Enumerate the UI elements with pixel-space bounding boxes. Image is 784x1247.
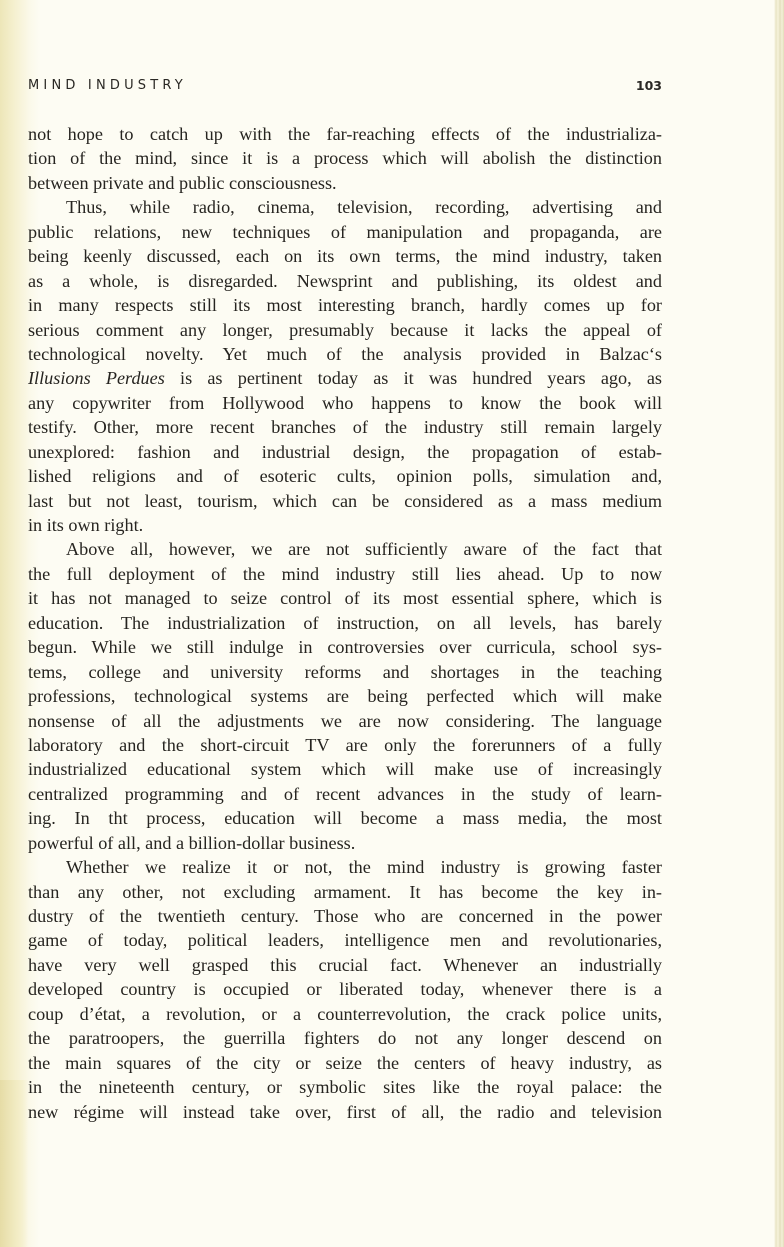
- text-line: lished religions and of esoteric cults, …: [28, 464, 662, 488]
- text-line: any copywriter from Hollywood who happen…: [28, 391, 662, 415]
- text-line: in the nineteenth century, or symbolic s…: [28, 1075, 662, 1099]
- running-head: MIND INDUSTRY: [28, 78, 187, 93]
- text-line: public relations, new techniques of mani…: [28, 220, 662, 244]
- text-line: in its own right.: [28, 513, 662, 537]
- text-line: education. The industrialization of inst…: [28, 611, 662, 635]
- text-line: nonsense of all the adjustments we are n…: [28, 709, 662, 733]
- text-line: coup d’état, a revolution, or a counterr…: [28, 1002, 662, 1026]
- page-edge: [774, 0, 784, 1247]
- page-number: 103: [636, 78, 662, 93]
- text-line: technological novelty. Yet much of the a…: [28, 342, 662, 366]
- text-line: industrialized educational system which …: [28, 757, 662, 781]
- paragraph: Above all, however, we are not sufficien…: [28, 537, 662, 855]
- text-line: serious comment any longer, presumably b…: [28, 318, 662, 342]
- text-line: dustry of the twentieth century. Those w…: [28, 904, 662, 928]
- text-line: Whether we realize it or not, the mind i…: [28, 855, 662, 879]
- body-text: not hope to catch up with the far-reachi…: [28, 122, 662, 1124]
- text-line: powerful of all, and a billion-dollar bu…: [28, 831, 662, 855]
- text-line: ing. In tht process, education will beco…: [28, 806, 662, 830]
- text-line: have very well grasped this crucial fact…: [28, 953, 662, 977]
- text-line: tion of the mind, since it is a process …: [28, 146, 662, 170]
- text-line: the main squares of the city or seize th…: [28, 1051, 662, 1075]
- text-line: developed country is occupied or liberat…: [28, 977, 662, 1001]
- text-line: centralized programming and of recent ad…: [28, 782, 662, 806]
- text-line: begun. While we still indulge in controv…: [28, 635, 662, 659]
- text-line: new régime will instead take over, first…: [28, 1100, 662, 1124]
- text-line: not hope to catch up with the far-reachi…: [28, 122, 662, 146]
- page-header: MIND INDUSTRY 103: [28, 78, 662, 98]
- text-line: the full deployment of the mind industry…: [28, 562, 662, 586]
- page-gutter-shadow-lower: [0, 1080, 28, 1247]
- paragraph: Whether we realize it or not, the mind i…: [28, 855, 662, 1124]
- text-line: it has not managed to seize control of i…: [28, 586, 662, 610]
- text-line: than any other, not excluding armament. …: [28, 880, 662, 904]
- text-line: professions, technological systems are b…: [28, 684, 662, 708]
- text-line: laboratory and the short-circuit TV are …: [28, 733, 662, 757]
- text-line: between private and public consciousness…: [28, 171, 662, 195]
- text-line: Thus, while radio, cinema, television, r…: [28, 195, 662, 219]
- text-line: game of today, political leaders, intell…: [28, 928, 662, 952]
- text-line: testify. Other, more recent branches of …: [28, 415, 662, 439]
- text-line: Above all, however, we are not sufficien…: [28, 537, 662, 561]
- italic-title: Illusions Perdues: [28, 368, 165, 388]
- text-line: unexplored: fashion and industrial desig…: [28, 440, 662, 464]
- text-line: as a whole, is disregarded. Newsprint an…: [28, 269, 662, 293]
- text-line: Illusions Perdues is as pertinent today …: [28, 366, 662, 390]
- text-line: the paratroopers, the guerrilla fighters…: [28, 1026, 662, 1050]
- text-line: in many respects still its most interest…: [28, 293, 662, 317]
- paragraph: Thus, while radio, cinema, television, r…: [28, 195, 662, 537]
- text-line: tems, college and university reforms and…: [28, 660, 662, 684]
- text-line: last but not least, tourism, which can b…: [28, 489, 662, 513]
- paragraph: not hope to catch up with the far-reachi…: [28, 122, 662, 195]
- text-line: being keenly discussed, each on its own …: [28, 244, 662, 268]
